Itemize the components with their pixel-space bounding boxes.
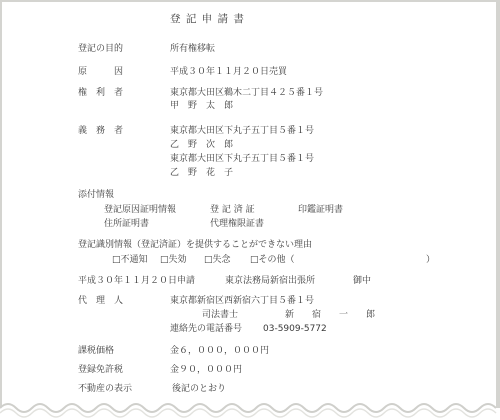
- agent-name: 新 宿 一 郎: [285, 310, 375, 321]
- agent-title: 司法書士: [202, 310, 238, 321]
- registration-tax-value: 金９０，０００円: [170, 365, 242, 376]
- application-suffix: 御中: [353, 276, 371, 287]
- agent-label: 代 理 人: [78, 296, 123, 307]
- registration-tax-label: 登録免許税: [78, 365, 123, 376]
- option-expired[interactable]: □失効: [160, 255, 187, 266]
- tax-value-label: 課税価格: [78, 346, 114, 357]
- right-holder-name: 甲 野 太 郎: [170, 101, 233, 112]
- obligor-label: 義 務 者: [78, 126, 123, 137]
- right-holder-address: 東京都大田区鵜木二丁目４２５番１号: [170, 88, 323, 99]
- purpose-label: 登記の目的: [78, 44, 123, 55]
- agent-address: 東京都新宿区西新宿六丁目５番１号: [170, 296, 314, 307]
- cause-value: 平成３０年１１月２０日売買: [170, 67, 287, 78]
- attachment-seal-cert: 印鑑証明書: [298, 205, 343, 216]
- attachments-label: 添付情報: [78, 190, 114, 201]
- option-other[interactable]: □その他（: [250, 255, 295, 266]
- obligor-2-address: 東京都大田区下丸子五丁目５番１号: [170, 154, 314, 165]
- right-holder-label: 権 利 者: [78, 88, 123, 99]
- agent-phone-label: 連絡先の電話番号: [170, 324, 242, 335]
- purpose-value: 所有権移転: [170, 44, 215, 55]
- obligor-1-name: 乙 野 次 郎: [170, 140, 233, 151]
- id-info-label: 登記識別情報（登記済証）を提供することができない理由: [78, 240, 312, 251]
- application-date: 平成３０年１１月２０日申請: [78, 276, 195, 287]
- option-not-notified[interactable]: □不通知: [112, 255, 148, 266]
- tax-value: 金６，０００，０００円: [170, 346, 269, 357]
- document-title: 登 記 申 請 書: [170, 14, 245, 25]
- property-value: 後記のとおり: [172, 384, 226, 395]
- attachment-proxy-cert: 代理権限証書: [210, 219, 264, 230]
- cause-label: 原 因: [78, 67, 123, 78]
- attachment-registration-cert: 登 記 済 証: [210, 205, 255, 216]
- attachment-cause-cert: 登記原因証明情報: [104, 205, 176, 216]
- obligor-1-address: 東京都大田区下丸子五丁目５番１号: [170, 126, 314, 137]
- attachment-address-cert: 住所証明書: [104, 219, 149, 230]
- torn-edge-wave: [0, 400, 500, 420]
- agent-phone: 03-5909-5772: [263, 324, 327, 335]
- option-other-close: ）: [426, 255, 435, 266]
- option-forgotten[interactable]: □失念: [204, 255, 231, 266]
- property-label: 不動産の表示: [78, 384, 132, 395]
- application-office: 東京法務局新宿出張所: [225, 276, 315, 287]
- obligor-2-name: 乙 野 花 子: [170, 168, 233, 179]
